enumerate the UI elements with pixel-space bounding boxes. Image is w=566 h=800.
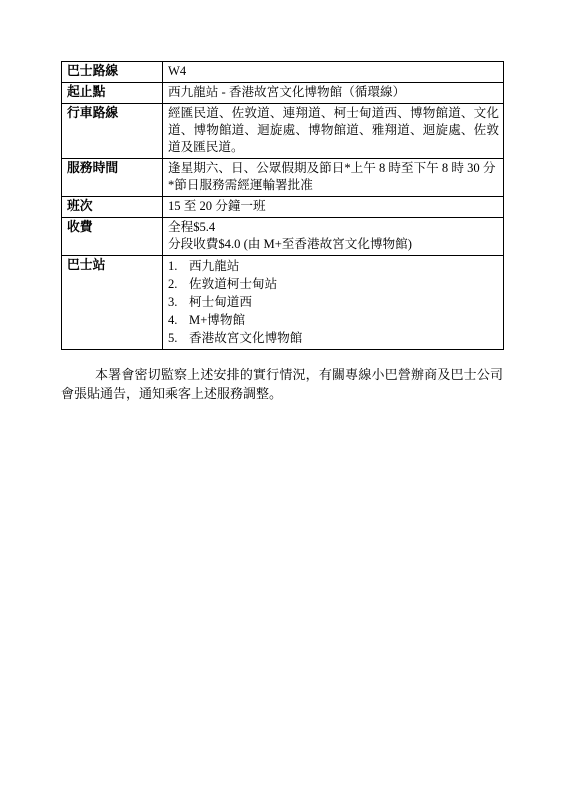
row-label-service-hours: 服務時間 xyxy=(62,159,163,197)
fare-full: 全程$5.4 xyxy=(168,219,499,236)
row-value-fare: 全程$5.4 分段收費$4.0 (由 M+至香港故宮文化博物館) xyxy=(163,218,504,256)
frequency-text: 15 至 20 分鐘一班 xyxy=(168,198,499,215)
row-value-termini: 西九龍站 - 香港故宮文化博物館（循環線） xyxy=(163,83,504,104)
route-number: W4 xyxy=(168,63,499,80)
row-label-frequency: 班次 xyxy=(62,197,163,218)
bus-stop-number: 1. xyxy=(168,257,189,275)
bus-stop-number: 5. xyxy=(168,329,189,347)
row-value-bus-stops: 1.西九龍站 2.佐敦道柯士甸站 3.柯士甸道西 4.M+博物館 5.香港故宮文… xyxy=(163,256,504,350)
table-row-bus-route: 巴士路線 W4 xyxy=(62,62,504,83)
row-value-routing: 經匯民道、佐敦道、連翔道、柯士甸道西、博物館道、文化道、博物館道、迴旋處、博物館… xyxy=(163,104,504,159)
service-hours-note: *節日服務需經運輸署批准 xyxy=(168,177,499,194)
closing-paragraph: 本署會密切監察上述安排的實行情況，有關專線小巴營辦商及巴士公司會張貼通告，通知乘… xyxy=(61,366,503,403)
table-row-termini: 起止點 西九龍站 - 香港故宮文化博物館（循環線） xyxy=(62,83,504,104)
row-label-bus-stops: 巴士站 xyxy=(62,256,163,350)
bus-stop-name: 柯士甸道西 xyxy=(189,295,252,309)
document-page: 巴士路線 W4 起止點 西九龍站 - 香港故宮文化博物館（循環線） 行車路線 經… xyxy=(0,0,566,800)
table-row-bus-stops: 巴士站 1.西九龍站 2.佐敦道柯士甸站 3.柯士甸道西 4.M+博物館 xyxy=(62,256,504,350)
bus-stop-item: 2.佐敦道柯士甸站 xyxy=(168,275,499,293)
row-label-bus-route: 巴士路線 xyxy=(62,62,163,83)
row-label-routing: 行車路線 xyxy=(62,104,163,159)
row-label-fare: 收費 xyxy=(62,218,163,256)
bus-route-table: 巴士路線 W4 起止點 西九龍站 - 香港故宮文化博物館（循環線） 行車路線 經… xyxy=(61,61,504,350)
service-hours-text: 逢星期六、日、公眾假期及節日*上午 8 時至下午 8 時 30 分 xyxy=(168,160,499,177)
row-value-bus-route: W4 xyxy=(163,62,504,83)
routing-text: 經匯民道、佐敦道、連翔道、柯士甸道西、博物館道、文化道、博物館道、迴旋處、博物館… xyxy=(168,105,499,156)
bus-stop-number: 3. xyxy=(168,293,189,311)
table-row-fare: 收費 全程$5.4 分段收費$4.0 (由 M+至香港故宮文化博物館) xyxy=(62,218,504,256)
bus-stop-number: 2. xyxy=(168,275,189,293)
bus-stop-name: 佐敦道柯士甸站 xyxy=(189,277,277,291)
bus-stop-item: 4.M+博物館 xyxy=(168,311,499,329)
bus-stop-item: 5.香港故宮文化博物館 xyxy=(168,329,499,347)
bus-stop-name: 西九龍站 xyxy=(189,259,239,273)
table-row-routing: 行車路線 經匯民道、佐敦道、連翔道、柯士甸道西、博物館道、文化道、博物館道、迴旋… xyxy=(62,104,504,159)
bus-stop-name: M+博物館 xyxy=(189,313,245,327)
row-value-frequency: 15 至 20 分鐘一班 xyxy=(163,197,504,218)
table-row-service-hours: 服務時間 逢星期六、日、公眾假期及節日*上午 8 時至下午 8 時 30 分 *… xyxy=(62,159,504,197)
fare-sectional: 分段收費$4.0 (由 M+至香港故宮文化博物館) xyxy=(168,236,499,253)
row-value-service-hours: 逢星期六、日、公眾假期及節日*上午 8 時至下午 8 時 30 分 *節日服務需… xyxy=(163,159,504,197)
bus-stop-name: 香港故宮文化博物館 xyxy=(189,331,302,345)
bus-stop-item: 1.西九龍站 xyxy=(168,257,499,275)
bus-stop-number: 4. xyxy=(168,311,189,329)
table-row-frequency: 班次 15 至 20 分鐘一班 xyxy=(62,197,504,218)
bus-stop-item: 3.柯士甸道西 xyxy=(168,293,499,311)
termini-text: 西九龍站 - 香港故宮文化博物館（循環線） xyxy=(168,84,499,101)
row-label-termini: 起止點 xyxy=(62,83,163,104)
